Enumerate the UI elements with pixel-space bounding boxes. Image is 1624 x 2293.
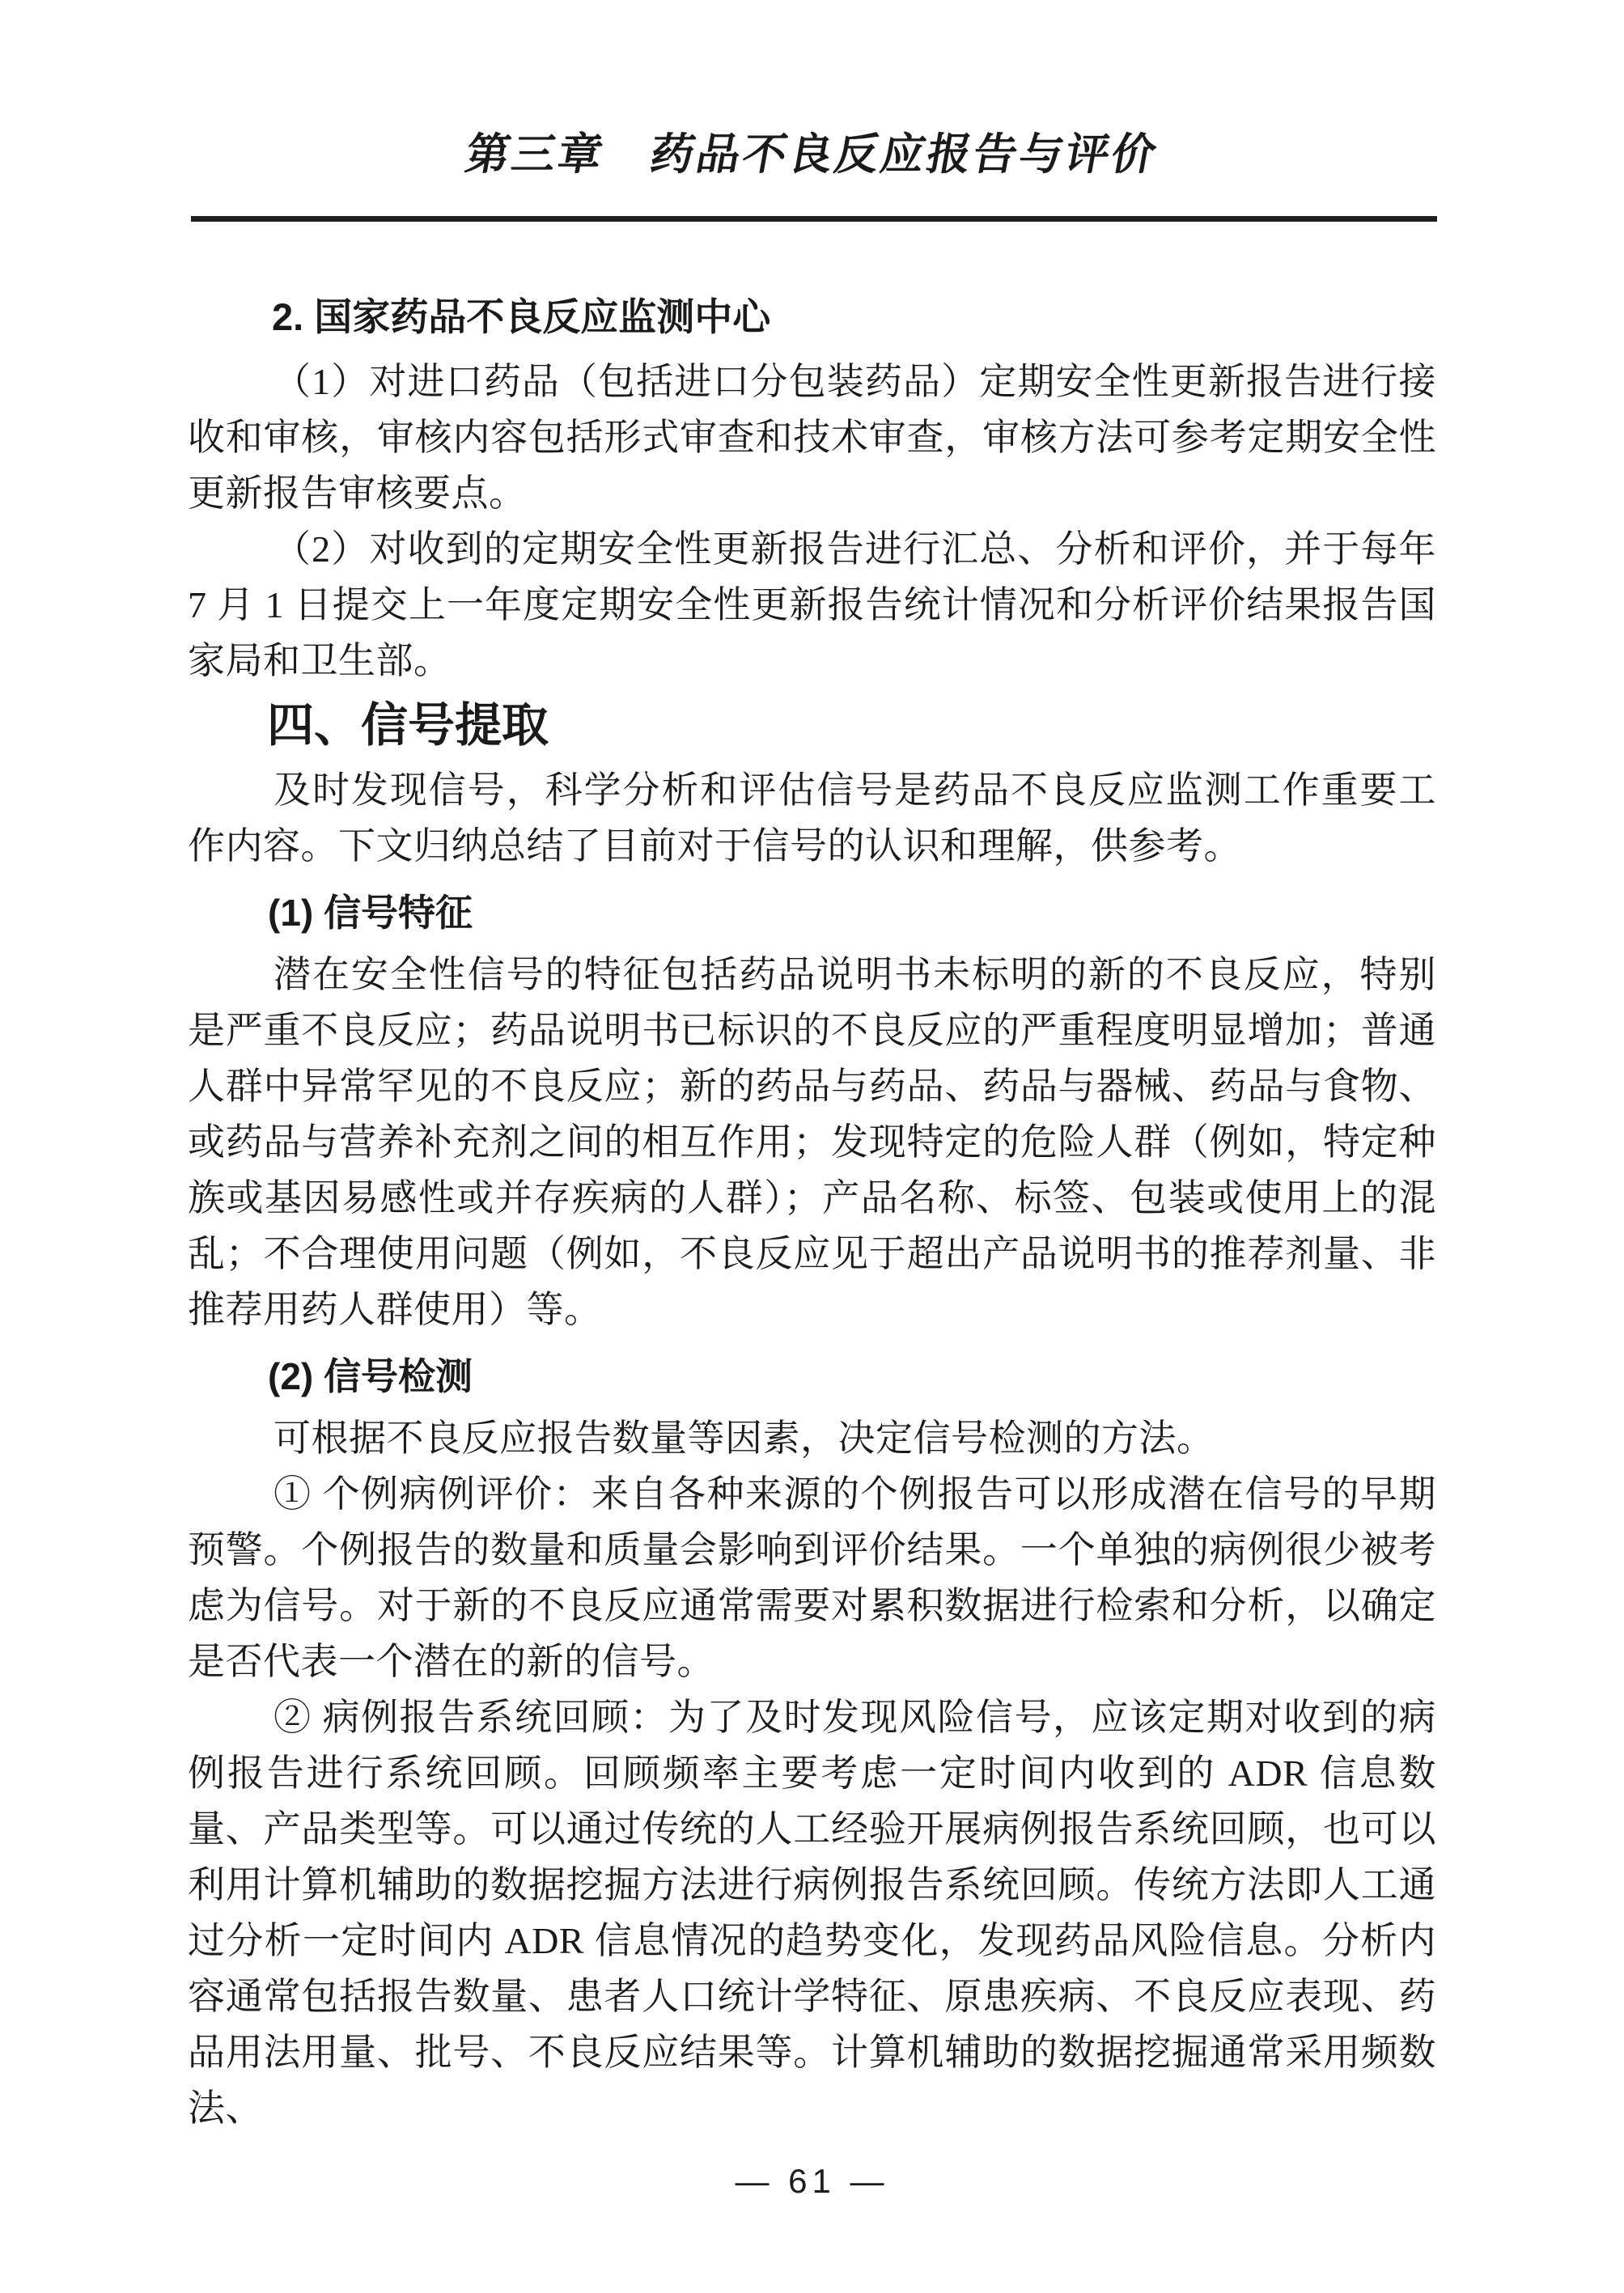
- paragraph-signal-features: 潜在安全性信号的特征包括药品说明书未标明的新的不良反应，特别是严重不良反应；药品…: [188, 947, 1436, 1337]
- paragraph-detection-intro: 可根据不良反应报告数量等因素，决定信号检测的方法。: [188, 1410, 1436, 1466]
- heading-signal-detection: (2) 信号检测: [188, 1342, 1436, 1410]
- paragraph-imported-drug-psur: （1）对进口药品（包括进口分包装药品）定期安全性更新报告进行接收和审核，审核内容…: [188, 354, 1436, 521]
- heading-signal-extraction: 四、信号提取: [188, 689, 1436, 762]
- chapter-header: 第三章 药品不良反应报告与评价: [0, 129, 1624, 180]
- heading-national-adr-center: 2. 国家药品不良反应监测中心: [188, 280, 1436, 354]
- paragraph-signal-intro: 及时发现信号，科学分析和评估信号是药品不良反应监测工作重要工作内容。下文归纳总结…: [188, 762, 1436, 874]
- page-number: — 61 —: [0, 2162, 1624, 2201]
- paragraph-case-report-system-review: ② 病例报告系统回顾：为了及时发现风险信号，应该定期对收到的病例报告进行系统回顾…: [188, 1689, 1436, 2136]
- paragraph-individual-case-evaluation: ① 个例病例评价：来自各种来源的个例报告可以形成潜在信号的早期预警。个例报告的数…: [188, 1466, 1436, 1689]
- document-page: 第三章 药品不良反应报告与评价 2. 国家药品不良反应监测中心 （1）对进口药品…: [0, 0, 1624, 2293]
- paragraph-annual-psur-summary: （2）对收到的定期安全性更新报告进行汇总、分析和评价，并于每年 7 月 1 日提…: [188, 521, 1436, 689]
- header-rule: [191, 216, 1437, 222]
- page-content: 2. 国家药品不良反应监测中心 （1）对进口药品（包括进口分包装药品）定期安全性…: [188, 280, 1436, 2136]
- chapter-title: 第三章 药品不良反应报告与评价: [462, 129, 1163, 180]
- heading-signal-features: (1) 信号特征: [188, 879, 1436, 947]
